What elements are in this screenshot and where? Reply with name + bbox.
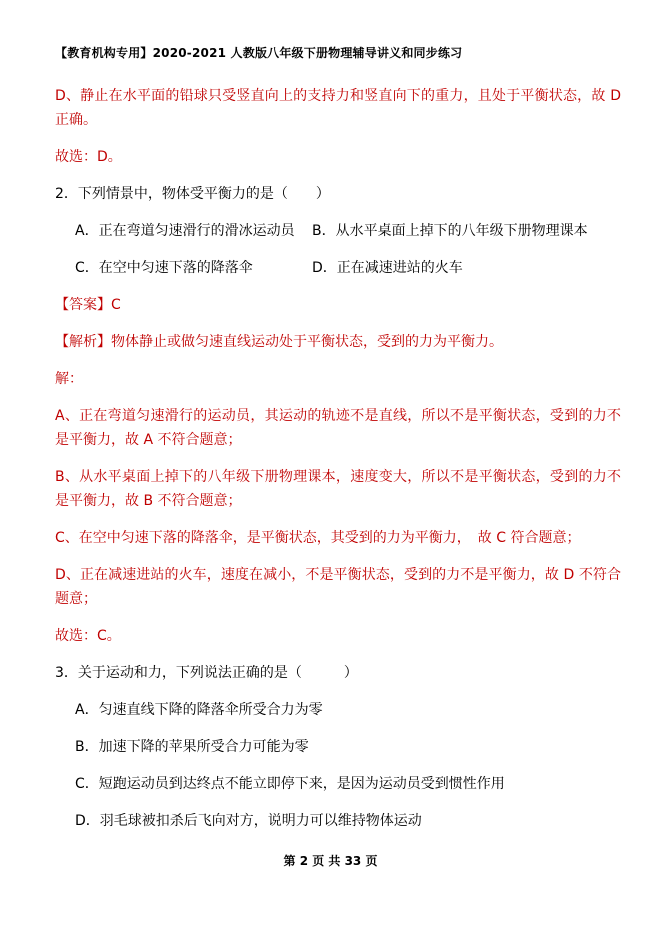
document-header-title: 【教育机构专用】2020-2021 人教版八年级下册物理辅导讲义和同步练习: [55, 44, 621, 61]
document-body: D、静止在水平面的铅球只受竖直向上的支持力和竖直向下的重力，且处于平衡状态，故 …: [55, 84, 621, 846]
q2-option-b: B．从水平桌面上掉下的八年级下册物理课本: [312, 219, 621, 243]
q2-analysis-point-b: B、从水平桌面上掉下的八年级下册物理课本，速度变大，所以不是平衡状态，受到的力不…: [55, 465, 621, 513]
page-number-footer: 第 2 页 共 33 页: [0, 852, 661, 869]
q3-option-b: B．加速下降的苹果所受合力可能为零: [55, 735, 621, 759]
q3-option-c: C．短跑运动员到达终点不能立即停下来，是因为运动员受到惯性作用: [55, 772, 621, 796]
q3-option-a: A．匀速直线下降的降落伞所受合力为零: [55, 698, 621, 722]
q2-answer: 【答案】C: [55, 293, 621, 317]
q1-conclusion: 故选：D。: [55, 145, 621, 169]
q2-analysis-point-a: A、正在弯道匀速滑行的运动员，其运动的轨迹不是直线，所以不是平衡状态，受到的力不…: [55, 404, 621, 452]
q2-option-c: C．在空中匀速下落的降落伞: [75, 256, 312, 280]
q2-conclusion: 故选：C。: [55, 624, 621, 648]
q2-option-a: A．正在弯道匀速滑行的滑冰运动员: [75, 219, 312, 243]
q3-option-d: D．羽毛球被扣杀后飞向对方，说明力可以维持物体运动: [55, 809, 621, 833]
q2-options-row-2: C．在空中匀速下落的降落伞 D．正在减速进站的火车: [55, 256, 621, 280]
q2-solution-label: 解：: [55, 367, 621, 391]
document-page: 【教育机构专用】2020-2021 人教版八年级下册物理辅导讲义和同步练习 D、…: [0, 0, 661, 935]
q2-analysis-point-d: D、正在减速进站的火车，速度在减小，不是平衡状态，受到的力不是平衡力，故 D 不…: [55, 563, 621, 611]
q2-option-d: D．正在减速进站的火车: [312, 256, 621, 280]
q2-analysis-intro: 【解析】物体静止或做匀速直线运动处于平衡状态，受到的力为平衡力。: [55, 330, 621, 354]
q2-options-row-1: A．正在弯道匀速滑行的滑冰运动员 B．从水平桌面上掉下的八年级下册物理课本: [55, 219, 621, 243]
q2-stem: 2．下列情景中，物体受平衡力的是（ ）: [55, 182, 621, 206]
q1-analysis-point-d: D、静止在水平面的铅球只受竖直向上的支持力和竖直向下的重力，且处于平衡状态，故 …: [55, 84, 621, 132]
q3-stem: 3．关于运动和力，下列说法正确的是（ ）: [55, 661, 621, 685]
q2-analysis-point-c: C、在空中匀速下落的降落伞，是平衡状态，其受到的力为平衡力， 故 C 符合题意；: [55, 526, 621, 550]
